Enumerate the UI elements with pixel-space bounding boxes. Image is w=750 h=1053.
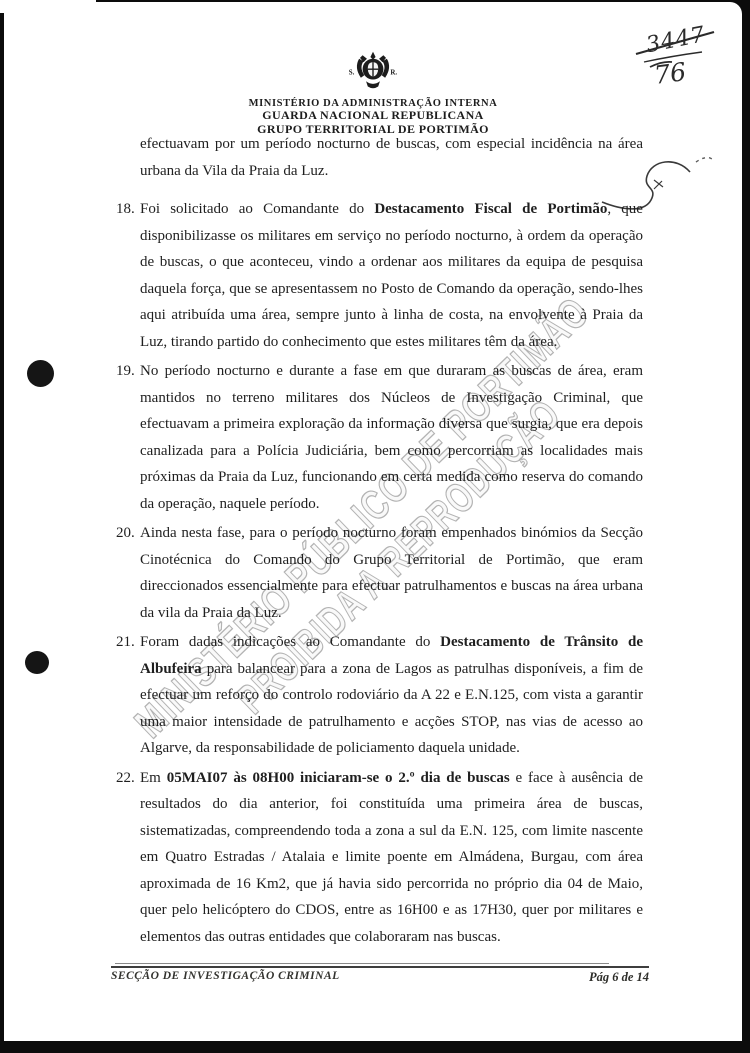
letterhead: S. R. MINISTÉRIO DA ADMINISTRAÇÃO INTERN…: [4, 48, 742, 136]
punch-hole: [27, 360, 54, 387]
item-number: 19.: [116, 358, 140, 385]
paragraph-text: Ainda nesta fase, para o período nocturn…: [140, 525, 643, 621]
gnr-crest-icon: S. R.: [347, 48, 399, 92]
document-body: efectuavam por um período nocturno de bu…: [116, 131, 643, 953]
paragraph-20: 20.Ainda nesta fase, para o período noct…: [116, 520, 643, 626]
paragraph-text: e face à ausência de resultados do dia a…: [140, 770, 643, 945]
paragraph-text: , que disponibilizasse os militares em s…: [140, 201, 643, 350]
paragraph-text: No período nocturno e durante a fase em …: [140, 363, 643, 512]
footer-divider: [111, 966, 649, 968]
svg-text:S.: S.: [349, 69, 355, 76]
paragraph-text: Foram dadas indicações ao Comandante do: [140, 634, 440, 650]
footer-page-indicator: Pág 6 de 14: [589, 970, 649, 985]
paragraph-19: 19.No período nocturno e durante a fase …: [116, 358, 643, 517]
paragraph-text: Em: [140, 770, 167, 786]
organization-name: GUARDA NACIONAL REPUBLICANA: [4, 109, 742, 123]
paragraph-text: para balancear para a zona de Lagos as p…: [140, 661, 643, 757]
paragraph-text: Foi solicitado ao Comandante do: [140, 201, 374, 217]
paragraph-22: 22.Em 05MAI07 às 08H00 iniciaram-se o 2.…: [116, 765, 643, 951]
paragraph-21: 21.Foram dadas indicações ao Comandante …: [116, 629, 643, 762]
punch-hole: [25, 651, 49, 674]
paragraph-text: efectuavam por um período nocturno de bu…: [140, 136, 643, 179]
paragraph-bold-text: Destacamento Fiscal de Portimão: [374, 201, 607, 217]
scanned-document-page: MINISTÉRIO PÚBLICO DE PORTIMÃO PROIBIDA …: [0, 0, 750, 1053]
svg-text:R.: R.: [390, 69, 397, 76]
item-number: 18.: [116, 196, 140, 223]
item-number: 22.: [116, 765, 140, 792]
page-footer: SECÇÃO DE INVESTIGAÇÃO CRIMINAL Pág 6 de…: [111, 966, 649, 985]
scan-edge-artifact: [0, 0, 96, 13]
paragraph-18: 18.Foi solicitado ao Comandante do Desta…: [116, 196, 643, 355]
paragraph-bold-text: 05MAI07 às 08H00 iniciaram-se o 2.º dia …: [167, 770, 510, 786]
footer-section-label: SECÇÃO DE INVESTIGAÇÃO CRIMINAL: [111, 970, 340, 985]
item-number: 21.: [116, 629, 140, 656]
paper-sheet: MINISTÉRIO PÚBLICO DE PORTIMÃO PROIBIDA …: [4, 2, 742, 1041]
item-number: 20.: [116, 520, 140, 547]
paragraph-continuation: efectuavam por um período nocturno de bu…: [116, 131, 643, 184]
